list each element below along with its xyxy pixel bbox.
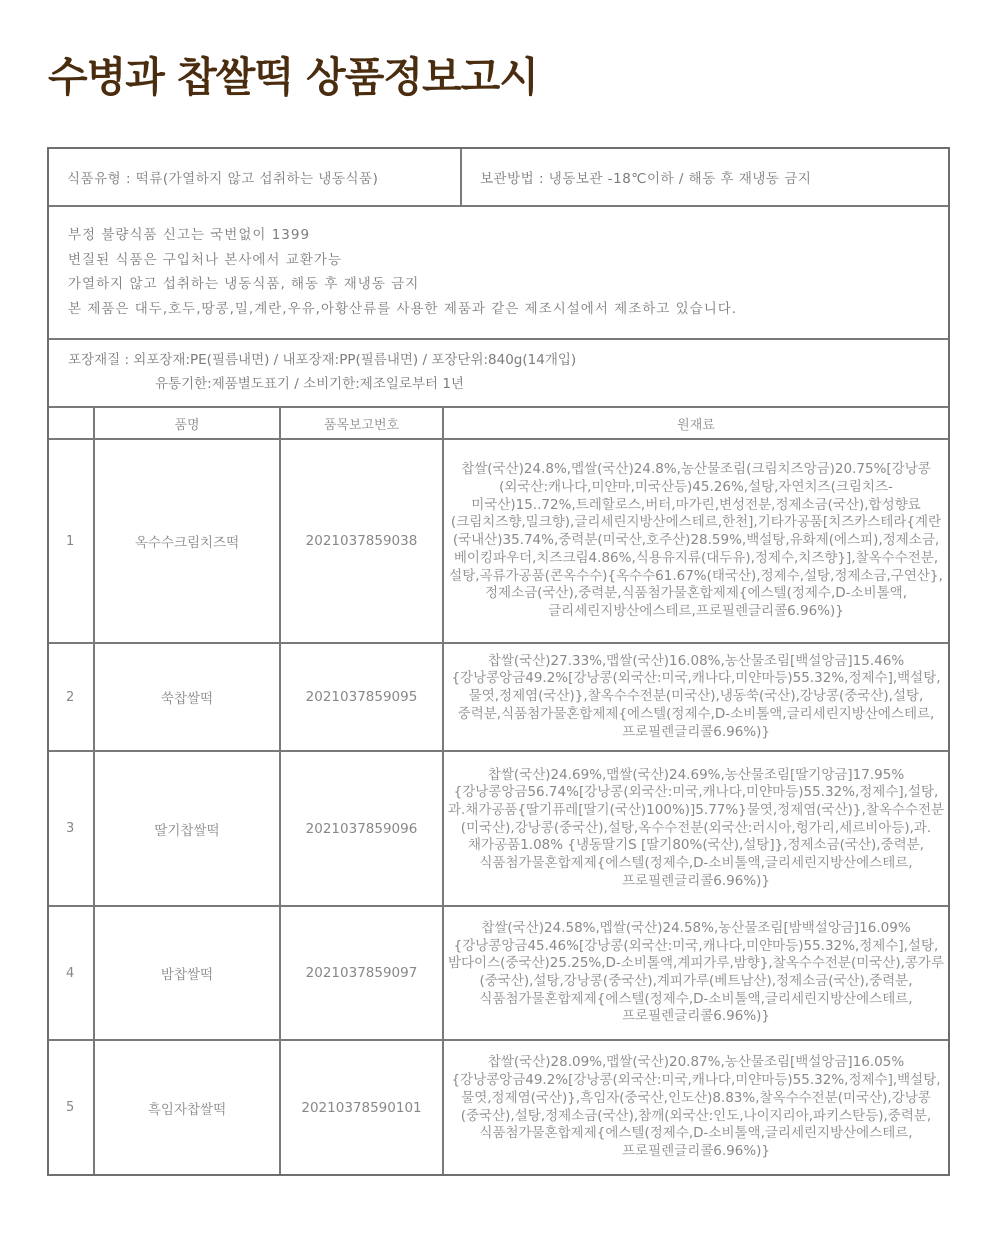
storage-method: 보관방법 : 냉동보관 -18℃이하 / 해동 후 재냉동 금지	[462, 149, 948, 205]
report-number: 2021037859095	[280, 643, 443, 751]
row-number: 5	[49, 1040, 94, 1174]
table-row: 2 쑥찹쌀떡 2021037859095 찹쌀(국산)27.33%,맵쌀(국산)…	[49, 643, 948, 751]
product-name: 딸기찹쌀떡	[94, 751, 280, 906]
notice-line: 가열하지 않고 섭취하는 냉동식품, 해동 후 재냉동 금지	[68, 272, 948, 297]
ingredients: 찹쌀(국산)24.69%,맵쌀(국산)24.69%,농산물조림[딸기앙금]17.…	[443, 751, 948, 906]
table-row: 3 딸기찹쌀떡 2021037859096 찹쌀(국산)24.69%,맵쌀(국산…	[49, 751, 948, 906]
product-info-sheet: 식품유형 : 떡류(가열하지 않고 섭취하는 냉동식품) 보관방법 : 냉동보관…	[47, 147, 950, 1176]
row-number: 4	[49, 906, 94, 1040]
product-name: 옥수수크림치즈떡	[94, 439, 280, 643]
notice-line: 변질된 식품은 구입처나 본사에서 교환가능	[68, 248, 948, 273]
header-ingredients: 원재료	[443, 408, 948, 439]
table-header-row: 품명 품목보고번호 원재료	[49, 408, 948, 439]
packaging-block: 포장재질 : 외포장재:PE(필름내면) / 내포장재:PP(필름내면) / 포…	[49, 340, 948, 408]
expiry-info: 유통기한:제품별도표기 / 소비기한:제조일로부터 1년	[68, 372, 948, 396]
ingredients: 찹쌀(국산)24.8%,멥쌀(국산)24.8%,농산물조림(크림치즈앙금)20.…	[443, 439, 948, 643]
product-name: 쑥찹쌀떡	[94, 643, 280, 751]
product-name: 밤찹쌀떡	[94, 906, 280, 1040]
header-no	[49, 408, 94, 439]
type-storage-row: 식품유형 : 떡류(가열하지 않고 섭취하는 냉동식품) 보관방법 : 냉동보관…	[49, 149, 948, 207]
page-title: 수병과 찹쌀떡 상품정보고시	[48, 44, 538, 103]
row-number: 1	[49, 439, 94, 643]
header-product-name: 품명	[94, 408, 280, 439]
table-row: 1 옥수수크림치즈떡 2021037859038 찹쌀(국산)24.8%,멥쌀(…	[49, 439, 948, 643]
row-number: 2	[49, 643, 94, 751]
ingredients: 찹쌀(국산)28.09%,맵쌀(국산)20.87%,농산물조림[백설앙금]16.…	[443, 1040, 948, 1174]
ingredients: 찹쌀(국산)24.58%,멥쌀(국산)24.58%,농산물조림[밤백설앙금]16…	[443, 906, 948, 1040]
notice-block: 부정 불량식품 신고는 국번없이 1399 변질된 식품은 구입처나 본사에서 …	[49, 207, 948, 340]
notice-line: 부정 불량식품 신고는 국번없이 1399	[68, 223, 948, 248]
ingredients-table: 품명 품목보고번호 원재료 1 옥수수크림치즈떡 2021037859038 찹…	[49, 408, 948, 1174]
product-name: 흑임자찹쌀떡	[94, 1040, 280, 1174]
ingredients: 찹쌀(국산)27.33%,맵쌀(국산)16.08%,농산물조림[백설앙금]15.…	[443, 643, 948, 751]
notice-line: 본 제품은 대두,호두,땅콩,밀,계란,우유,아황산류를 사용한 제품과 같은 …	[68, 297, 948, 322]
table-row: 5 흑임자찹쌀떡 20210378590101 찹쌀(국산)28.09%,맵쌀(…	[49, 1040, 948, 1174]
packaging-material: 포장재질 : 외포장재:PE(필름내면) / 내포장재:PP(필름내면) / 포…	[68, 348, 948, 372]
report-number: 2021037859097	[280, 906, 443, 1040]
row-number: 3	[49, 751, 94, 906]
food-type: 식품유형 : 떡류(가열하지 않고 섭취하는 냉동식품)	[49, 149, 462, 205]
report-number: 2021037859038	[280, 439, 443, 643]
header-report-number: 품목보고번호	[280, 408, 443, 439]
report-number: 20210378590101	[280, 1040, 443, 1174]
report-number: 2021037859096	[280, 751, 443, 906]
table-row: 4 밤찹쌀떡 2021037859097 찹쌀(국산)24.58%,멥쌀(국산)…	[49, 906, 948, 1040]
